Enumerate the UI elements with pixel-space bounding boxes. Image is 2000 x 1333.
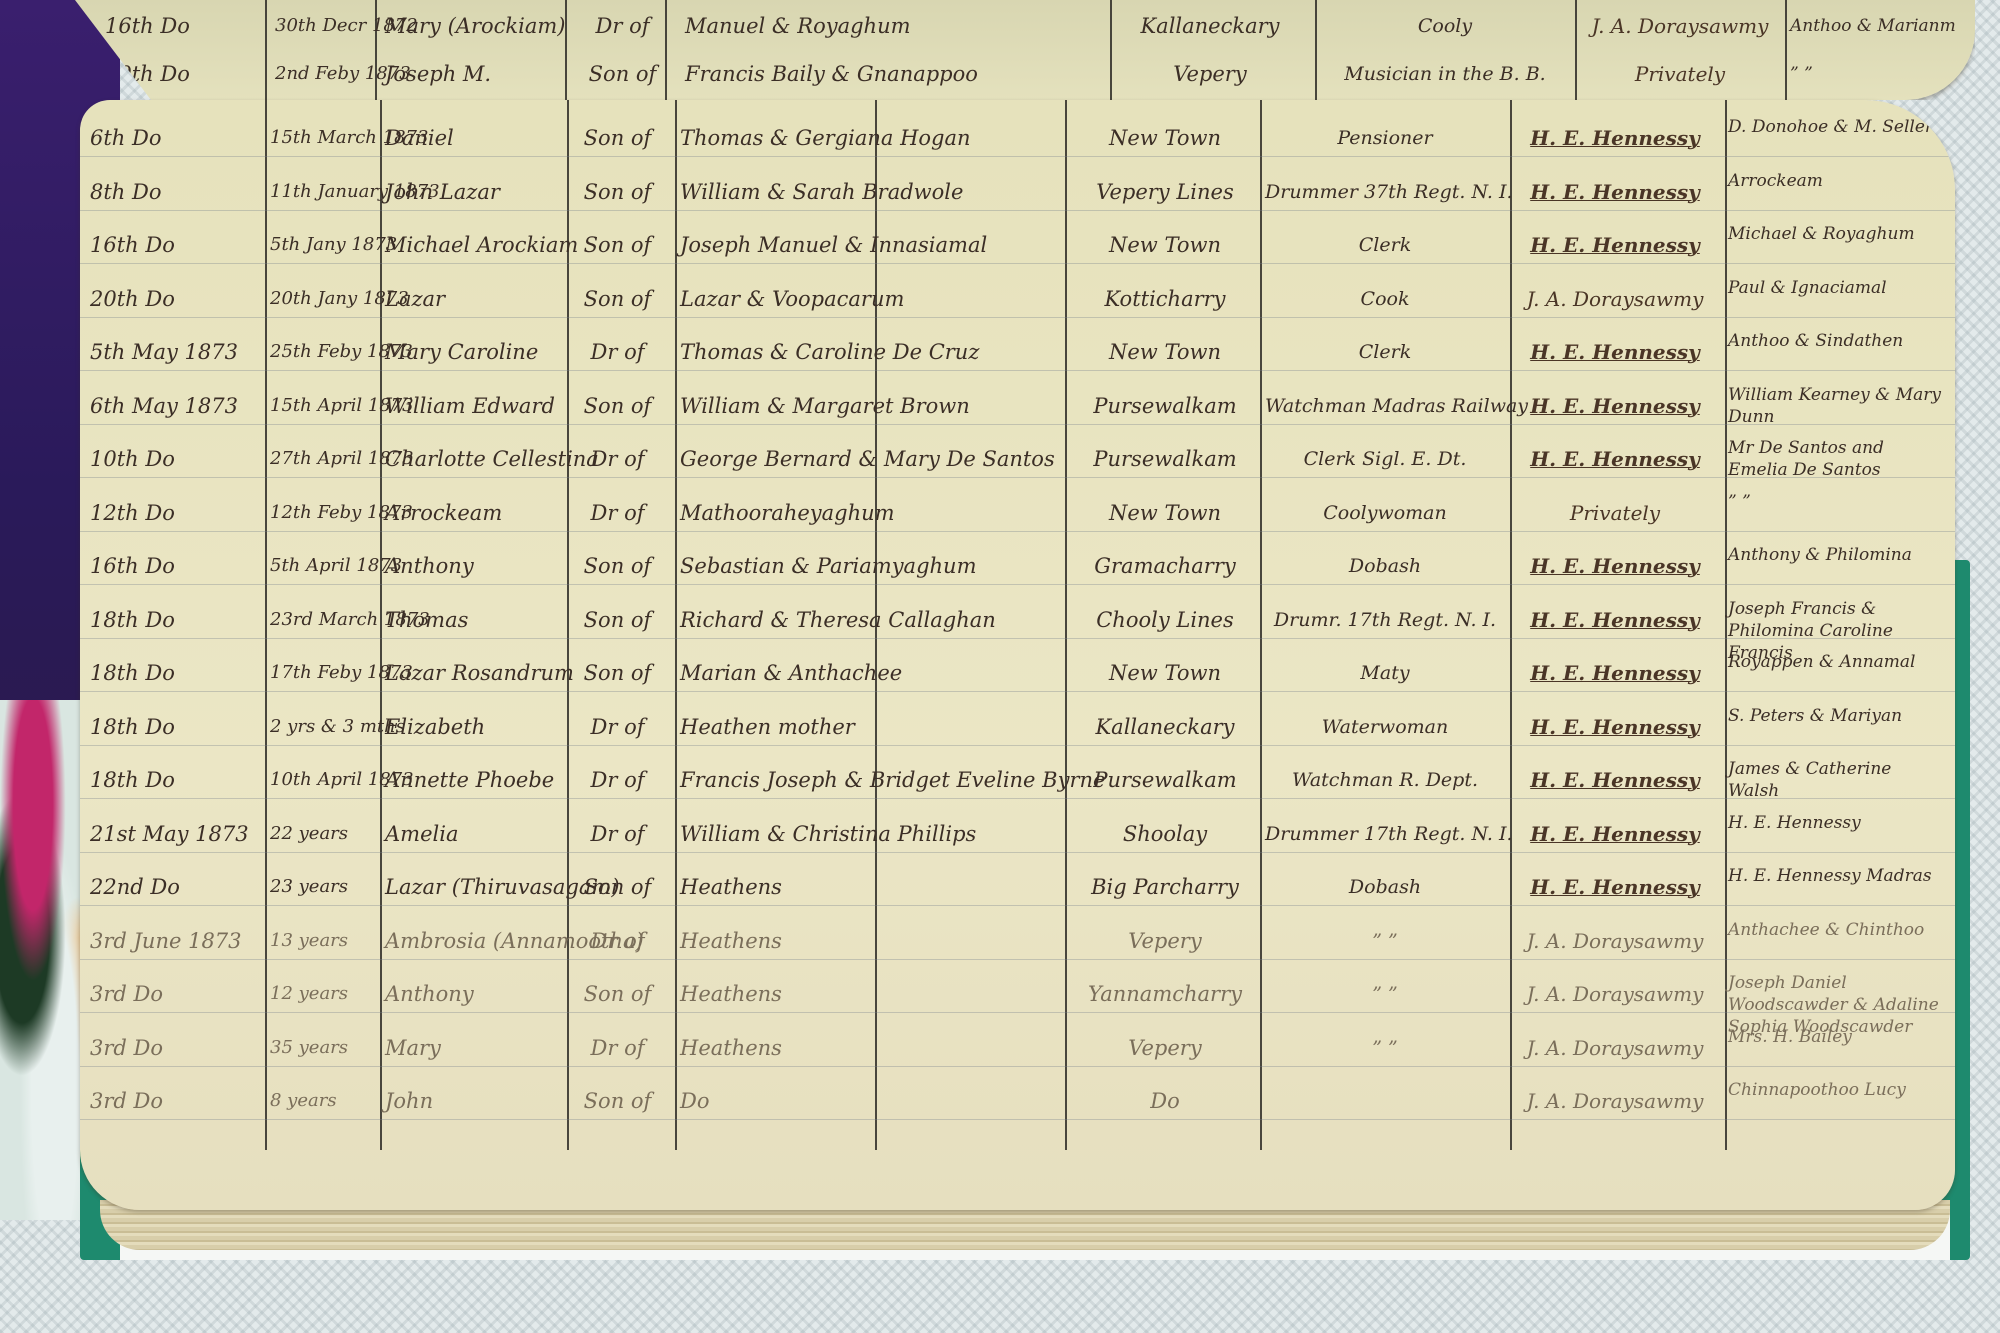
officiant: J. A. Doraysawmy: [1575, 0, 1785, 52]
register-entry: 18th Do2 yrs & 3 mthsElizabethDr ofHeath…: [80, 701, 1955, 753]
baptism-date: 18th Do: [90, 701, 265, 753]
relation: Dr of: [570, 1022, 665, 1074]
child-name: John Lazar: [385, 166, 570, 218]
birth-date: 23rd March 1873: [270, 594, 380, 646]
birth-date: 2 yrs & 3 mths: [270, 701, 380, 753]
abode: New Town: [1070, 219, 1260, 271]
abode: Vepery Lines: [1070, 166, 1260, 218]
child-name: Thomas: [385, 594, 570, 646]
register-page: 6th Do15th March 1873DanielSon ofThomas …: [80, 100, 1955, 1210]
sponsors: Joseph Daniel Woodscawder & Adaline Soph…: [1728, 968, 1943, 1024]
baptism-date: 3rd Do: [90, 968, 265, 1020]
birth-date: 30th Decr 1872: [275, 0, 385, 52]
baptism-date: 18th Do: [90, 647, 265, 699]
parents-names: Richard & Theresa Callaghan: [680, 594, 1065, 646]
child-name: Lazar (Thiruvasagam): [385, 861, 570, 913]
register-entry: 19th Do 2nd Feby 1873 Joseph M. Son of F…: [75, 48, 1975, 100]
officiant: J. A. Doraysawmy: [1510, 273, 1720, 325]
baptism-date: 16th Do: [90, 219, 265, 271]
officiant: H. E. Hennessy: [1510, 594, 1720, 646]
birth-date: 8 years: [270, 1075, 380, 1127]
register-entry: 18th Do10th April 1873Annette PhoebeDr o…: [80, 754, 1955, 806]
parents-names: Thomas & Gergiana Hogan: [680, 112, 1065, 164]
baptism-date: 20th Do: [90, 273, 265, 325]
relation: Dr of: [570, 433, 665, 485]
parents-names: Heathens: [680, 915, 1065, 967]
officiant: J. A. Doraysawmy: [1510, 1022, 1720, 1074]
baptism-date: 8th Do: [90, 166, 265, 218]
baptism-date: 12th Do: [90, 487, 265, 539]
birth-date: 17th Feby 1873: [270, 647, 380, 699]
officiant: Privately: [1575, 48, 1785, 100]
register-entry: 6th Do15th March 1873DanielSon ofThomas …: [80, 112, 1955, 164]
abode: Chooly Lines: [1070, 594, 1260, 646]
abode: Kallaneckary: [1115, 0, 1305, 52]
officiant: H. E. Hennessy: [1510, 647, 1720, 699]
parents-names: Heathens: [680, 968, 1065, 1020]
profession: Musician in the B. B.: [1325, 48, 1565, 100]
register-entry: 8th Do11th January 1873John LazarSon ofW…: [80, 166, 1955, 218]
relation: Son of: [570, 1075, 665, 1127]
parents-names: Lazar & Voopacarum: [680, 273, 1065, 325]
sponsors: Anthoo & Sindathen: [1728, 326, 1943, 382]
birth-date: 12th Feby 1873: [270, 487, 380, 539]
relation: Son of: [575, 48, 670, 100]
abode: Pursewalkam: [1070, 433, 1260, 485]
sponsors: Chinnapoothoo Lucy: [1728, 1075, 1943, 1131]
abode: Shoolay: [1070, 808, 1260, 860]
sponsors: Paul & Ignaciamal: [1728, 273, 1943, 329]
child-name: Anthony: [385, 540, 570, 592]
officiant: H. E. Hennessy: [1510, 380, 1720, 432]
birth-date: 27th April 1873: [270, 433, 380, 485]
relation: Dr of: [575, 0, 670, 52]
sponsors: H. E. Hennessy Madras: [1728, 861, 1943, 917]
abode: Pursewalkam: [1070, 754, 1260, 806]
register-entry: 3rd June 187313 yearsAmbrosia (Annamooth…: [80, 915, 1955, 967]
officiant: J. A. Doraysawmy: [1510, 968, 1720, 1020]
relation: Son of: [570, 380, 665, 432]
abode: Vepery: [1070, 915, 1260, 967]
abode: Vepery: [1070, 1022, 1260, 1074]
child-name: Mary: [385, 1022, 570, 1074]
profession: Cook: [1265, 273, 1505, 325]
child-name: Mary Caroline: [385, 326, 570, 378]
register-entry: 3rd Do8 yearsJohnSon ofDoDoJ. A. Doraysa…: [80, 1075, 1955, 1127]
child-name: Amelia: [385, 808, 570, 860]
relation: Son of: [570, 968, 665, 1020]
birth-date: 25th Feby 1873: [270, 326, 380, 378]
abode: New Town: [1070, 326, 1260, 378]
child-name: William Edward: [385, 380, 570, 432]
relation: Dr of: [570, 326, 665, 378]
sponsors: Anthony & Philomina: [1728, 540, 1943, 596]
register-entry: 10th Do27th April 1873Charlotte Cellesti…: [80, 433, 1955, 485]
baptism-date: 3rd June 1873: [90, 915, 265, 967]
sponsors: S. Peters & Mariyan: [1728, 701, 1943, 757]
relation: Dr of: [570, 754, 665, 806]
baptism-date: 5th May 1873: [90, 326, 265, 378]
register-entry: 21st May 187322 yearsAmeliaDr ofWilliam …: [80, 808, 1955, 860]
profession: Drumr. 17th Regt. N. I.: [1265, 594, 1505, 646]
previous-page-strip: 16th Do 30th Decr 1872 Mary (Arockiam) D…: [75, 0, 1975, 100]
sponsors: Mr De Santos and Emelia De Santos: [1728, 433, 1943, 489]
child-name: Joseph M.: [385, 48, 570, 100]
parents-names: William & Christina Phillips: [680, 808, 1065, 860]
officiant: H. E. Hennessy: [1510, 540, 1720, 592]
birth-date: 35 years: [270, 1022, 380, 1074]
parents-names: Do: [680, 1075, 1065, 1127]
birth-date: 11th January 1873: [270, 166, 380, 218]
abode: New Town: [1070, 112, 1260, 164]
relation: Son of: [570, 112, 665, 164]
abode: Kallaneckary: [1070, 701, 1260, 753]
relation: Son of: [570, 647, 665, 699]
abode: Do: [1070, 1075, 1260, 1127]
child-name: Lazar Rosandrum: [385, 647, 570, 699]
sponsors: D. Donohoe & M. Sellers: [1728, 112, 1943, 168]
officiant: H. E. Hennessy: [1510, 861, 1720, 913]
profession: Dobash: [1265, 861, 1505, 913]
officiant: H. E. Hennessy: [1510, 219, 1720, 271]
profession: Clerk Sigl. E. Dt.: [1265, 433, 1505, 485]
register-entry: 18th Do23rd March 1873ThomasSon ofRichar…: [80, 594, 1955, 646]
register-entry: 6th May 187315th April 1873William Edwar…: [80, 380, 1955, 432]
profession: [1265, 1075, 1505, 1127]
parents-names: Thomas & Caroline De Cruz: [680, 326, 1065, 378]
baptism-date: 3rd Do: [90, 1022, 265, 1074]
baptism-date: 16th Do: [105, 0, 280, 52]
register-entry: 16th Do 30th Decr 1872 Mary (Arockiam) D…: [75, 0, 1975, 52]
child-name: Mary (Arockiam): [385, 0, 570, 52]
baptism-date: 6th May 1873: [90, 380, 265, 432]
parents-names: Mathooraheyaghum: [680, 487, 1065, 539]
relation: Son of: [570, 273, 665, 325]
child-name: Lazar: [385, 273, 570, 325]
birth-date: 2nd Feby 1873: [275, 48, 385, 100]
parents-names: Heathen mother: [680, 701, 1065, 753]
parents-names: William & Margaret Brown: [680, 380, 1065, 432]
parents-names: Marian & Anthachee: [680, 647, 1065, 699]
sponsors: William Kearney & Mary Dunn: [1728, 380, 1943, 436]
child-name: Daniel: [385, 112, 570, 164]
child-name: Charlotte Cellestina: [385, 433, 570, 485]
sponsors: Royappen & Annamal: [1728, 647, 1943, 703]
parents-names: Heathens: [680, 1022, 1065, 1074]
relation: Dr of: [570, 915, 665, 967]
relation: Son of: [570, 594, 665, 646]
register-entry: 18th Do17th Feby 1873Lazar RosandrumSon …: [80, 647, 1955, 699]
sponsors: Anthachee & Chinthoo: [1728, 915, 1943, 971]
birth-date: 20th Jany 1873: [270, 273, 380, 325]
child-name: Ambrosia (Annamootha): [385, 915, 570, 967]
abode: Big Parcharry: [1070, 861, 1260, 913]
baptism-date: 21st May 1873: [90, 808, 265, 860]
relation: Son of: [570, 166, 665, 218]
abode: Kotticharry: [1070, 273, 1260, 325]
relation: Son of: [570, 861, 665, 913]
officiant: H. E. Hennessy: [1510, 701, 1720, 753]
relation: Dr of: [570, 808, 665, 860]
profession: Dobash: [1265, 540, 1505, 592]
abode: Gramacharry: [1070, 540, 1260, 592]
relation: Dr of: [570, 701, 665, 753]
officiant: H. E. Hennessy: [1510, 112, 1720, 164]
birth-date: 23 years: [270, 861, 380, 913]
birth-date: 13 years: [270, 915, 380, 967]
child-name: Elizabeth: [385, 701, 570, 753]
register-entry: 3rd Do12 yearsAnthonySon ofHeathensYanna…: [80, 968, 1955, 1020]
parents-names: Manuel & Royaghum: [685, 0, 1070, 52]
relation: Son of: [570, 540, 665, 592]
child-name: John: [385, 1075, 570, 1127]
officiant: H. E. Hennessy: [1510, 808, 1720, 860]
officiant: H. E. Hennessy: [1510, 433, 1720, 485]
abode: Pursewalkam: [1070, 380, 1260, 432]
sponsors: Arrockeam: [1728, 166, 1943, 222]
baptism-date: 3rd Do: [90, 1075, 265, 1127]
profession: ” ”: [1265, 968, 1505, 1020]
register-entry: 16th Do5th April 1873AnthonySon ofSebast…: [80, 540, 1955, 592]
officiant: Privately: [1510, 487, 1720, 539]
profession: Cooly: [1325, 0, 1565, 52]
child-name: Michael Arockiam: [385, 219, 570, 271]
abode: New Town: [1070, 487, 1260, 539]
profession: Watchman Madras Railway: [1265, 380, 1505, 432]
register-entry: 5th May 187325th Feby 1873Mary CarolineD…: [80, 326, 1955, 378]
baptism-date: 6th Do: [90, 112, 265, 164]
relation: Dr of: [570, 487, 665, 539]
abode: Vepery: [1115, 48, 1305, 100]
officiant: H. E. Hennessy: [1510, 754, 1720, 806]
sponsors: H. E. Hennessy: [1728, 808, 1943, 864]
profession: Watchman R. Dept.: [1265, 754, 1505, 806]
baptism-date: 18th Do: [90, 594, 265, 646]
profession: Clerk: [1265, 219, 1505, 271]
register-entry: 16th Do5th Jany 1873Michael ArockiamSon …: [80, 219, 1955, 271]
relation: Son of: [570, 219, 665, 271]
abode: New Town: [1070, 647, 1260, 699]
baptism-date: 18th Do: [90, 754, 265, 806]
child-name: Annette Phoebe: [385, 754, 570, 806]
officiant: H. E. Hennessy: [1510, 166, 1720, 218]
parents-names: Francis Joseph & Bridget Eveline Byrne: [680, 754, 1065, 806]
birth-date: 5th Jany 1873: [270, 219, 380, 271]
profession: Clerk: [1265, 326, 1505, 378]
parents-names: Sebastian & Pariamyaghum: [680, 540, 1065, 592]
officiant: J. A. Doraysawmy: [1510, 915, 1720, 967]
parents-names: William & Sarah Bradwole: [680, 166, 1065, 218]
child-name: Arrockeam: [385, 487, 570, 539]
profession: Waterwoman: [1265, 701, 1505, 753]
profession: Pensioner: [1265, 112, 1505, 164]
birth-date: 15th March 1873: [270, 112, 380, 164]
sponsors: Joseph Francis & Philomina Caroline Fran…: [1728, 594, 1943, 650]
sponsors: Anthoo & Marianm: [1790, 0, 2000, 52]
abode: Yannamcharry: [1070, 968, 1260, 1020]
parents-names: Francis Baily & Gnanappoo: [685, 48, 1070, 100]
profession: ” ”: [1265, 1022, 1505, 1074]
sponsors: Mrs. H. Bailey: [1728, 1022, 1943, 1078]
register-entry: 22nd Do23 yearsLazar (Thiruvasagam)Son o…: [80, 861, 1955, 913]
profession: Drummer 37th Regt. N. I.: [1265, 166, 1505, 218]
baptism-date: 10th Do: [90, 433, 265, 485]
birth-date: 10th April 1873: [270, 754, 380, 806]
profession: Coolywoman: [1265, 487, 1505, 539]
profession: Maty: [1265, 647, 1505, 699]
baptism-date: 22nd Do: [90, 861, 265, 913]
officiant: J. A. Doraysawmy: [1510, 1075, 1720, 1127]
register-entry: 20th Do20th Jany 1873LazarSon ofLazar & …: [80, 273, 1955, 325]
officiant: H. E. Hennessy: [1510, 326, 1720, 378]
parents-names: Joseph Manuel & Innasiamal: [680, 219, 1065, 271]
parents-names: George Bernard & Mary De Santos: [680, 433, 1065, 485]
sponsors: James & Catherine Walsh: [1728, 754, 1943, 810]
sponsors: ” ”: [1728, 487, 1943, 543]
birth-date: 5th April 1873: [270, 540, 380, 592]
profession: Drummer 17th Regt. N. I.: [1265, 808, 1505, 860]
birth-date: 15th April 1873: [270, 380, 380, 432]
parents-names: Heathens: [680, 861, 1065, 913]
birth-date: 12 years: [270, 968, 380, 1020]
baptism-date: 16th Do: [90, 540, 265, 592]
profession: ” ”: [1265, 915, 1505, 967]
register-entry: 12th Do12th Feby 1873ArrockeamDr ofMatho…: [80, 487, 1955, 539]
birth-date: 22 years: [270, 808, 380, 860]
child-name: Anthony: [385, 968, 570, 1020]
sponsors: Michael & Royaghum: [1728, 219, 1943, 275]
sponsors: ” ”: [1790, 48, 2000, 100]
register-entry: 3rd Do35 yearsMaryDr ofHeathensVepery” ”…: [80, 1022, 1955, 1074]
